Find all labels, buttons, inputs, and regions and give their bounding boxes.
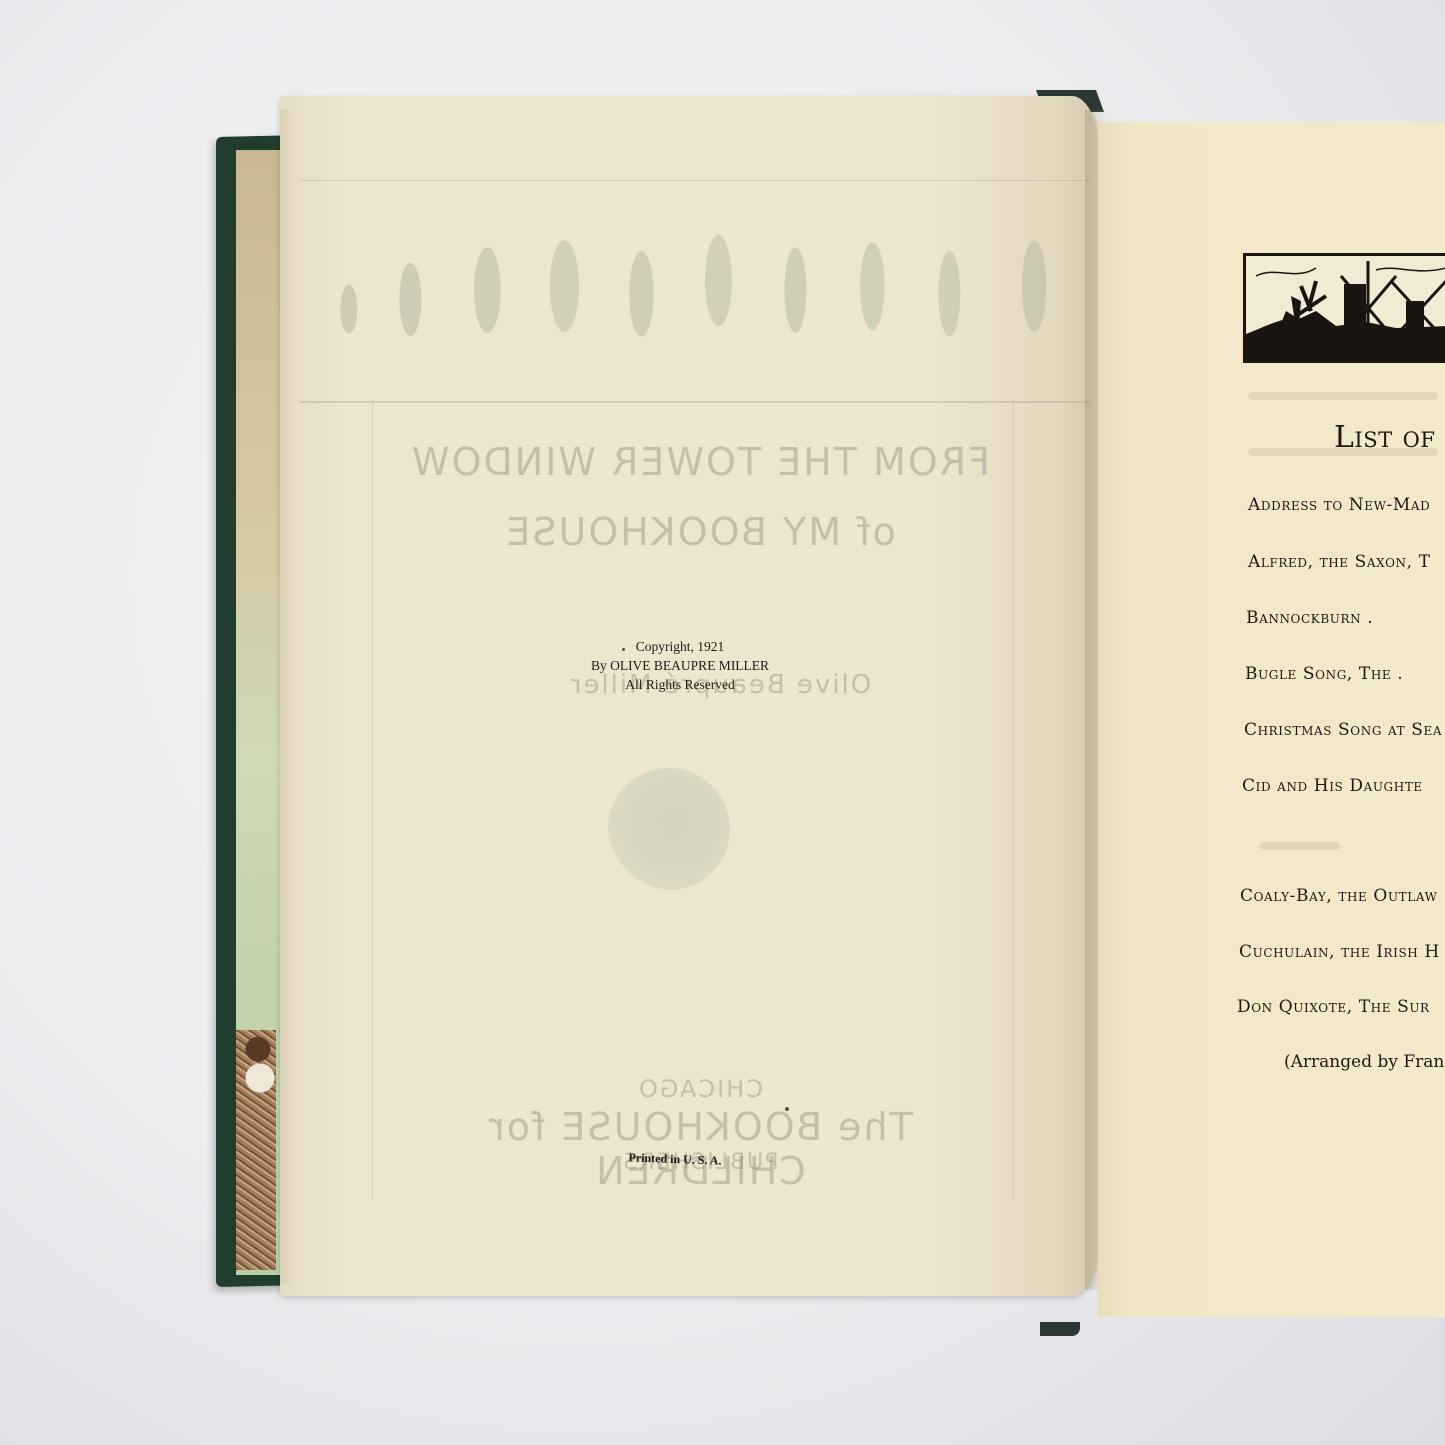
book-photo: FROM THE TOWER WINDOW of MY BOOKHOUSE Ol… bbox=[0, 0, 1445, 1445]
contents-item: Don Quixote, The Sur bbox=[1237, 997, 1430, 1017]
copyright-rights: All Rights Reserved bbox=[560, 675, 800, 694]
contents-item: Cuchulain, the Irish H bbox=[1239, 942, 1440, 962]
paper-speck bbox=[622, 648, 625, 651]
show-through-publisher: The BOOKHOUSE for CHILDREN bbox=[400, 1105, 1000, 1193]
copyright-block: Copyright, 1921 By OLIVE BEAUPRE MILLER … bbox=[560, 637, 800, 694]
endpaper-illustration bbox=[236, 1030, 276, 1270]
show-through-city: CHICAGO bbox=[400, 1075, 1000, 1103]
contents-note: (Arranged by Franc bbox=[1284, 1052, 1445, 1072]
left-page-edge bbox=[280, 110, 296, 1285]
contents-item: Coaly-Bay, the Outlaw bbox=[1240, 886, 1438, 906]
contents-item: Bugle Song, The . bbox=[1245, 664, 1403, 684]
show-through-figures-illustration bbox=[318, 195, 1088, 385]
book-cover-corner-bottom bbox=[1040, 1322, 1080, 1336]
show-through-seal bbox=[608, 768, 730, 890]
paper-speck bbox=[785, 1107, 789, 1111]
show-through-title-line2: of MY BOOKHOUSE bbox=[400, 510, 1000, 554]
windmills-illustration bbox=[1243, 253, 1445, 363]
contents-item: Alfred, the Saxon, T bbox=[1248, 552, 1431, 572]
contents-item: Address to New-Mad bbox=[1248, 495, 1430, 515]
contents-item: Christmas Song at Sea bbox=[1244, 720, 1442, 740]
show-through-text bbox=[1248, 392, 1438, 400]
contents-heading: List of bbox=[1334, 420, 1435, 455]
copyright-author: By OLIVE BEAUPRE MILLER bbox=[560, 656, 800, 675]
show-through-text bbox=[1260, 842, 1340, 850]
copyright-line: Copyright, 1921 bbox=[560, 637, 800, 656]
contents-item: Bannockburn . bbox=[1246, 608, 1373, 628]
windmill-icon bbox=[1246, 256, 1445, 360]
show-through-title-line1: FROM THE TOWER WINDOW bbox=[400, 440, 1000, 484]
contents-item: Cid and His Daughte bbox=[1242, 776, 1423, 796]
